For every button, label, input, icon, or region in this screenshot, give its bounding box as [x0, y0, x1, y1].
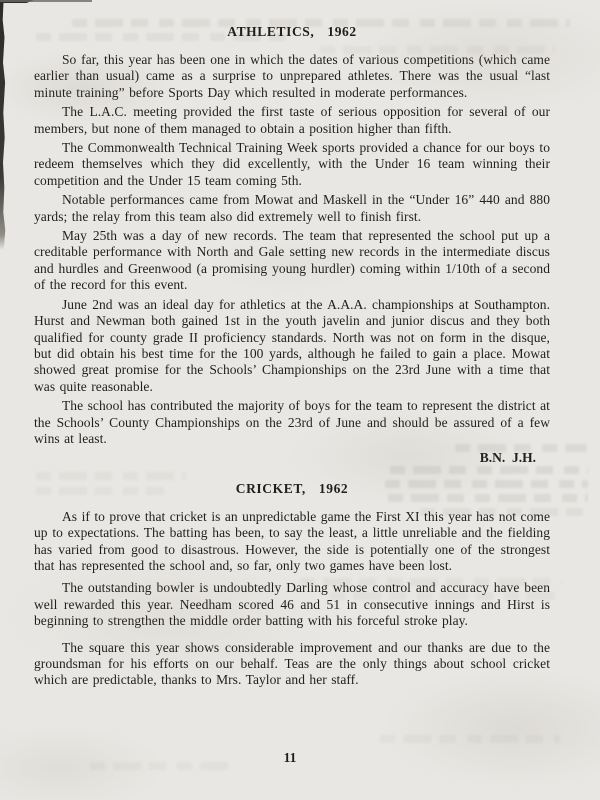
- page-number: 11: [0, 750, 580, 766]
- scanned-page: ATHLETICS, 1962 So far, this year has be…: [0, 0, 600, 800]
- paragraph: June 2nd was an ideal day for athletics …: [34, 297, 550, 395]
- paragraph: So far, this year has been one in which …: [34, 52, 550, 101]
- paragraph: The Commonwealth Technical Training Week…: [34, 140, 550, 189]
- section-athletics: ATHLETICS, 1962 So far, this year has be…: [34, 25, 550, 467]
- cricket-title: CRICKET, 1962: [34, 482, 550, 495]
- paragraph: The school has contributed the majority …: [34, 398, 550, 447]
- paragraph: The square this year shows considerable …: [34, 640, 550, 689]
- paragraph: May 25th was a day of new records. The t…: [34, 228, 550, 294]
- paragraph: Notable performances came from Mowat and…: [34, 192, 550, 225]
- athletics-title: ATHLETICS, 1962: [34, 25, 550, 38]
- signature-initials: B.N. J.H.: [34, 450, 536, 466]
- paragraph: As if to prove that cricket is an unpred…: [34, 509, 550, 575]
- scan-edge-top-thin: [0, 0, 92, 2]
- paragraph: The outstanding bowler is undoubtedly Da…: [34, 580, 550, 629]
- paragraph: The L.A.C. meeting provided the first ta…: [34, 104, 550, 137]
- section-cricket: CRICKET, 1962 As if to prove that cricke…: [34, 482, 550, 689]
